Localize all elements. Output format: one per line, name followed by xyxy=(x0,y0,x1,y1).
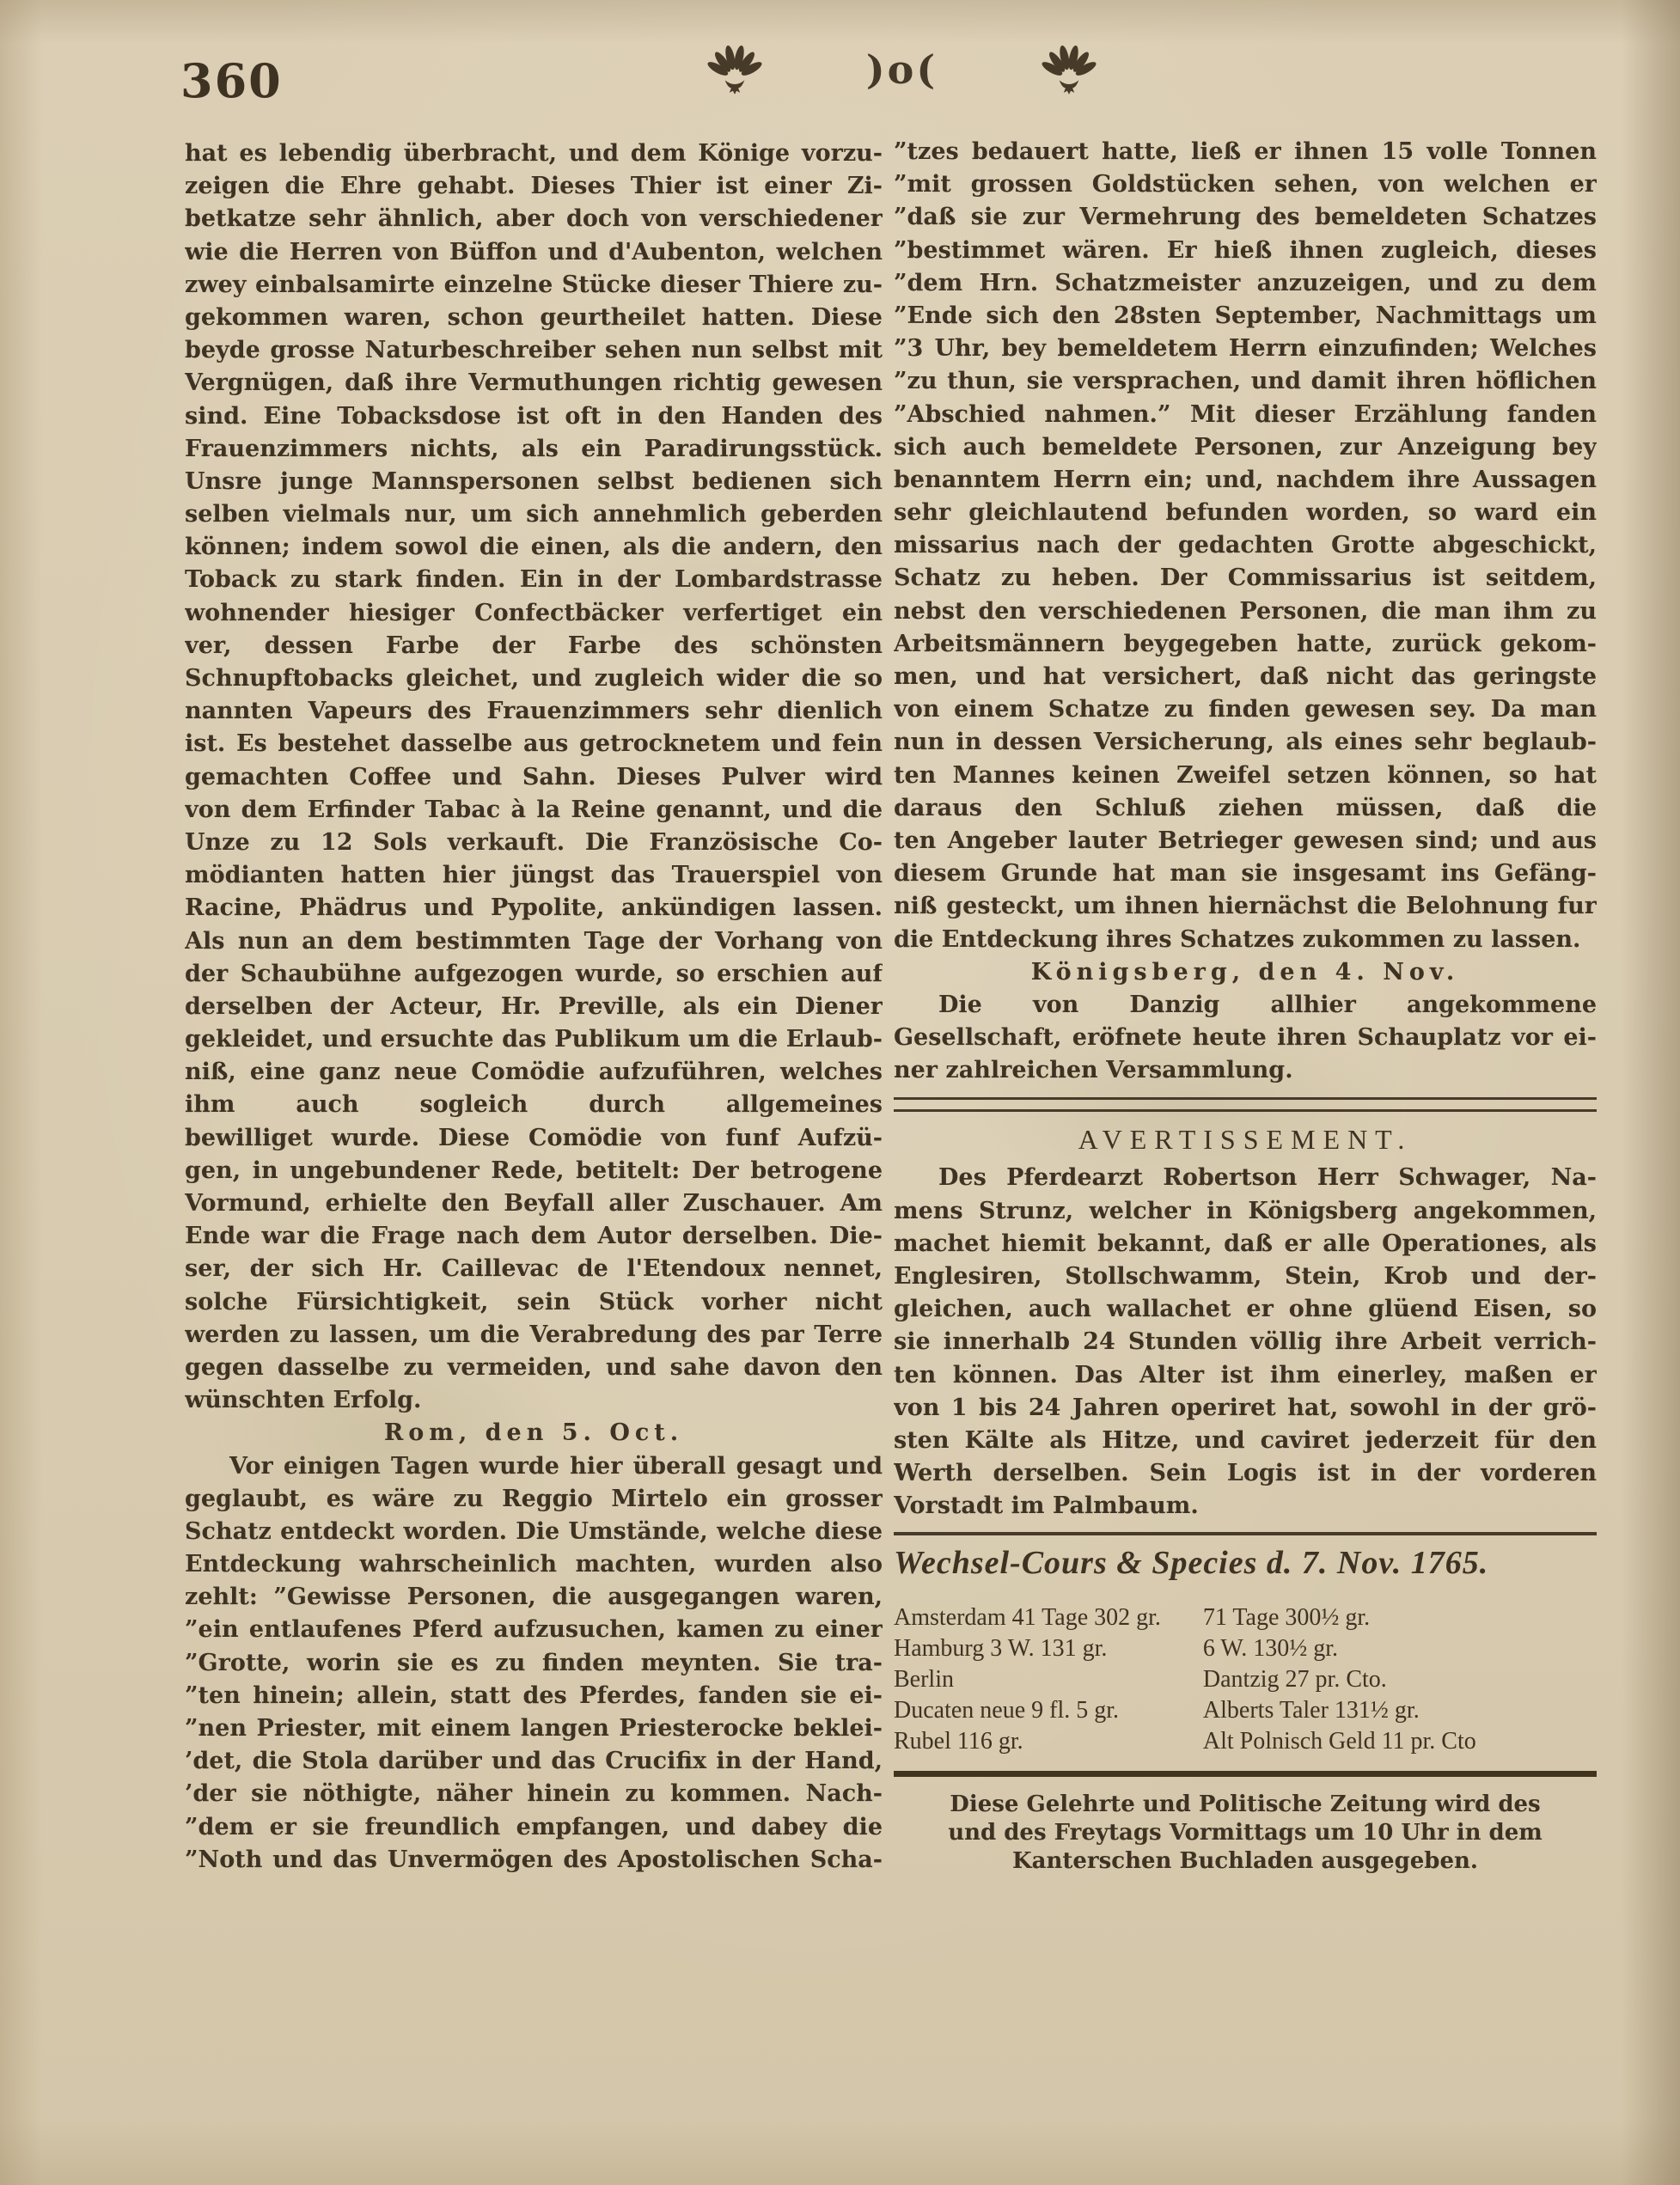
text-line: mödianten hatten hier jüngst das Trauers… xyxy=(185,859,883,892)
text-line: diesem Grunde hat man sie insgesamt ins … xyxy=(894,858,1597,890)
text-line: ”dem er sie freundlich empfangen, und da… xyxy=(185,1811,883,1844)
avertissement-title: AVERTISSEMENT. xyxy=(894,1124,1597,1155)
exchange-row: Ducaten neue 9 fl. 5 gr.Alberts Taler 13… xyxy=(894,1695,1597,1726)
text-line: ’det, die Stola darüber und das Crucifix… xyxy=(185,1745,883,1778)
text-line: daraus den Schluß ziehen müssen, daß die… xyxy=(894,792,1597,825)
text-line: von dem Erfinder Tabac à la Reine genann… xyxy=(185,794,883,827)
text-line: Rom, den 5. Oct. xyxy=(185,1417,883,1450)
footer-line: Kanterschen Buchladen ausgegeben. xyxy=(894,1847,1597,1876)
exchange-cell-right: Alberts Taler 131½ gr. xyxy=(1203,1695,1597,1726)
text-line: ten Angeber lauter Betrieger gewesen sin… xyxy=(894,825,1597,858)
text-line: Werth derselben. Sein Logis ist in der v… xyxy=(894,1457,1597,1490)
text-line: ”Ende sich den 28sten September, Nachmit… xyxy=(894,300,1597,333)
avertissement-lines: Des Pferdearzt Robertson Herr Schwager, … xyxy=(894,1162,1597,1523)
divider-rule xyxy=(894,1532,1597,1535)
text-line: Arbeitsmännern beygegeben hatte, zurück … xyxy=(894,628,1597,661)
exchange-rates-table: Amsterdam 41 Tage 302 gr.71 Tage 300½ gr… xyxy=(894,1602,1597,1757)
text-line: ”nen Priester, mit einem langen Priester… xyxy=(185,1712,883,1745)
text-line: wie die Herren von Büffon und d'Aubenton… xyxy=(185,236,883,269)
text-line: ”ein entlaufenes Pferd aufzusuchen, kame… xyxy=(185,1614,883,1646)
text-line: Vorstadt im Palmbaum. xyxy=(894,1490,1597,1523)
text-line: ist. Es bestehet dasselbe aus getrocknet… xyxy=(185,728,883,760)
text-line: benanntem Herrn ein; und, nachdem ihre A… xyxy=(894,464,1597,497)
text-line: zeigen die Ehre gehabt. Dieses Thier ist… xyxy=(185,170,883,203)
text-line: Unsre junge Mannspersonen selbst bediene… xyxy=(185,466,883,498)
text-line: gleichen, auch wallachet er ohne glüend … xyxy=(894,1293,1597,1326)
exchange-cell-left: Hamburg 3 W. 131 gr. xyxy=(894,1633,1203,1664)
text-line: ten Mannes keinen Zweifel setzen können,… xyxy=(894,760,1597,792)
text-line: Gesellschaft, eröfnete heute ihren Schau… xyxy=(894,1022,1597,1054)
text-line: Vergnügen, daß ihre Vermuthungen richtig… xyxy=(185,367,883,400)
text-line: der Schaubühne aufgezogen wurde, so ersc… xyxy=(185,958,883,991)
exchange-row: BerlinDantzig 27 pr. Cto. xyxy=(894,1664,1597,1695)
text-line: von einem Schatze zu finden gewesen sey.… xyxy=(894,693,1597,726)
text-line: nebst den verschiedenen Personen, die ma… xyxy=(894,595,1597,628)
text-line: niß, eine ganz neue Comödie aufzuführen,… xyxy=(185,1056,883,1089)
text-line: solche Fürsichtigkeit, sein Stück vorher… xyxy=(185,1286,883,1319)
exchange-cell-right: Alt Polnisch Geld 11 pr. Cto xyxy=(1203,1726,1597,1757)
text-line: die Entdeckung ihres Schatzes zukommen z… xyxy=(894,924,1597,956)
text-line: werden zu lassen, um die Verabredung des… xyxy=(185,1319,883,1352)
right-text-column: ”tzes bedauert hatte, ließ er ihnen 15 v… xyxy=(894,136,1597,1876)
text-line: Frauenzimmers nichts, als ein Paradirung… xyxy=(185,433,883,466)
text-line: ”3 Uhr, bey bemeldetem Herrn einzufinden… xyxy=(894,333,1597,365)
text-line: selben vielmals nur, um sich annehmlich … xyxy=(185,498,883,531)
text-line: Englesiren, Stollschwamm, Stein, Krob un… xyxy=(894,1260,1597,1293)
text-line: missarius nach der gedachten Grotte abge… xyxy=(894,529,1597,562)
text-line: ”Noth und das Unvermögen des Apostolisch… xyxy=(185,1844,883,1877)
text-line: mens Strunz, welcher in Königsberg angek… xyxy=(894,1195,1597,1228)
text-line: ten können. Das Alter ist ihm einerley, … xyxy=(894,1359,1597,1392)
text-line: ”tzes bedauert hatte, ließ er ihnen 15 v… xyxy=(894,136,1597,168)
text-line: Königsberg, den 4. Nov. xyxy=(894,956,1597,989)
double-divider-rule xyxy=(894,1097,1597,1112)
text-line: Als nun an dem bestimmten Tage der Vorha… xyxy=(185,925,883,958)
text-line: gekleidet, und ersuchte das Publikum um … xyxy=(185,1023,883,1056)
exchange-row: Rubel 116 gr.Alt Polnisch Geld 11 pr. Ct… xyxy=(894,1726,1597,1757)
exchange-cell-right: 6 W. 130½ gr. xyxy=(1203,1633,1597,1664)
text-line: ser, der sich Hr. Caillevac de l'Etendou… xyxy=(185,1253,883,1285)
text-line: gen, in ungebundener Rede, betitelt: Der… xyxy=(185,1155,883,1187)
left-text-column: hat es lebendig überbracht, und dem Köni… xyxy=(185,137,883,1877)
exchange-row: Amsterdam 41 Tage 302 gr.71 Tage 300½ gr… xyxy=(894,1602,1597,1633)
text-line: ver, dessen Farbe der Farbe des schönste… xyxy=(185,630,883,662)
text-line: sehr gleichlautend befunden worden, so w… xyxy=(894,497,1597,529)
text-line: sie innerhalb 24 Stunden völlig ihre Arb… xyxy=(894,1326,1597,1358)
text-line: wohnender hiesiger Confectbäcker verfert… xyxy=(185,597,883,630)
text-line: hat es lebendig überbracht, und dem Köni… xyxy=(185,137,883,170)
text-line: Schnupftobacks gleichet, und zugleich wi… xyxy=(185,662,883,695)
shell-ornament-icon xyxy=(706,45,763,95)
header-ornaments: )o( xyxy=(62,45,1680,95)
text-line: ”Abschied nahmen.” Mit dieser Erzählung … xyxy=(894,399,1597,431)
text-line: Racine, Phädrus und Pypolite, ankündigen… xyxy=(185,892,883,925)
exchange-rates-header: Wechsel-Cours & Species d. 7. Nov. 1765. xyxy=(894,1544,1597,1582)
exchange-cell-left: Amsterdam 41 Tage 302 gr. xyxy=(894,1602,1203,1633)
exchange-cell-left: Ducaten neue 9 fl. 5 gr. xyxy=(894,1695,1203,1726)
newspaper-page: 360 )o( hat xyxy=(0,0,1680,2185)
text-line: von 1 bis 24 Jahren operiret hat, sowohl… xyxy=(894,1392,1597,1425)
text-line: ”bestimmet wären. Er hieß ihnen zugleich… xyxy=(894,235,1597,267)
footer-line: Diese Gelehrte und Politische Zeitung wi… xyxy=(894,1791,1597,1819)
text-line: ”mit grossen Goldstücken sehen, von welc… xyxy=(894,168,1597,201)
text-line: men, und hat versichert, daß nicht das g… xyxy=(894,661,1597,693)
center-mark: )o( xyxy=(866,46,938,93)
text-line: sten Kälte als Hitze, und caviret jederz… xyxy=(894,1425,1597,1457)
text-line: zehlt: ”Gewisse Personen, die ausgegange… xyxy=(185,1581,883,1614)
text-line: ”Grotte, worin sie es zu finden meynten.… xyxy=(185,1647,883,1680)
text-line: Vor einigen Tagen wurde hier überall ges… xyxy=(185,1450,883,1483)
text-line: ”daß sie zur Vermehrung des bemeldeten S… xyxy=(894,201,1597,234)
text-line: beyde grosse Naturbeschreiber sehen nun … xyxy=(185,334,883,367)
text-line: derselben der Acteur, Hr. Preville, als … xyxy=(185,991,883,1023)
text-line: gemachten Coffee und Sahn. Dieses Pulver… xyxy=(185,761,883,794)
text-line: Schatz zu heben. Der Commissarius ist se… xyxy=(894,562,1597,595)
text-line: ’der sie nöthigte, näher hinein zu komme… xyxy=(185,1778,883,1810)
imprint-footer: Diese Gelehrte und Politische Zeitung wi… xyxy=(894,1791,1597,1876)
text-line: Unze zu 12 Sols verkauft. Die Französisc… xyxy=(185,827,883,859)
text-line: Die von Danzig allhier angekommene Schuc… xyxy=(894,989,1597,1022)
text-line: Schatz entdeckt worden. Die Umstände, we… xyxy=(185,1516,883,1548)
text-line: zwey einbalsamirte einzelne Stücke diese… xyxy=(185,269,883,302)
exchange-cell-left: Berlin xyxy=(894,1664,1203,1695)
text-line: geglaubt, es wäre zu Reggio Mirtelo ein … xyxy=(185,1483,883,1516)
text-line: betkatze sehr ähnlich, aber doch von ver… xyxy=(185,203,883,235)
divider-rule-thick xyxy=(894,1771,1597,1777)
footer-line: und des Freytags Vormittags um 10 Uhr in… xyxy=(894,1819,1597,1847)
exchange-cell-left: Rubel 116 gr. xyxy=(894,1726,1203,1757)
text-line: sind. Eine Tobacksdose ist oft in den Ha… xyxy=(185,400,883,433)
shell-ornament-icon xyxy=(1041,45,1097,95)
text-line: Vormund, erhielte den Beyfall aller Zusc… xyxy=(185,1187,883,1220)
text-line: Toback zu stark finden. Ein in der Lomba… xyxy=(185,564,883,596)
text-line: nun in dessen Versicherung, als eines se… xyxy=(894,726,1597,759)
exchange-cell-right: Dantzig 27 pr. Cto. xyxy=(1203,1664,1597,1695)
text-line: können; indem sowol die einen, als die a… xyxy=(185,531,883,564)
news-lines: ”tzes bedauert hatte, ließ er ihnen 15 v… xyxy=(894,136,1597,1087)
text-line: niß gesteckt, um ihnen hiernächst die Be… xyxy=(894,890,1597,923)
text-line: ihm auch sogleich durch allgemeines Händ… xyxy=(185,1089,883,1121)
text-line: nannten Vapeurs des Frauenzimmers sehr d… xyxy=(185,695,883,728)
text-line: gegen dasselbe zu vermeiden, und sahe da… xyxy=(185,1352,883,1384)
text-line: bewilliget wurde. Diese Comödie von funf… xyxy=(185,1122,883,1155)
text-line: sich auch bemeldete Personen, zur Anzeig… xyxy=(894,431,1597,464)
exchange-cell-right: 71 Tage 300½ gr. xyxy=(1203,1602,1597,1633)
text-line: ”zu thun, sie versprachen, und damit ihr… xyxy=(894,365,1597,398)
text-line: ”dem Hrn. Schatzmeister anzuzeigen, und … xyxy=(894,267,1597,300)
text-line: Entdeckung wahrscheinlich machten, wurde… xyxy=(185,1548,883,1581)
text-line: Ende war die Frage nach dem Autor dersel… xyxy=(185,1220,883,1253)
exchange-row: Hamburg 3 W. 131 gr.6 W. 130½ gr. xyxy=(894,1633,1597,1664)
text-line: Des Pferdearzt Robertson Herr Schwager, … xyxy=(894,1162,1597,1194)
text-line: wünschten Erfolg. xyxy=(185,1384,883,1417)
text-line: ”ten hinein; allein, statt des Pferdes, … xyxy=(185,1680,883,1712)
text-line: ner zahlreichen Versammlung. xyxy=(894,1054,1597,1087)
text-line: gekommen waren, schon geurtheilet hatten… xyxy=(185,302,883,334)
text-line: machet hiemit bekannt, daß er alle Opera… xyxy=(894,1228,1597,1260)
